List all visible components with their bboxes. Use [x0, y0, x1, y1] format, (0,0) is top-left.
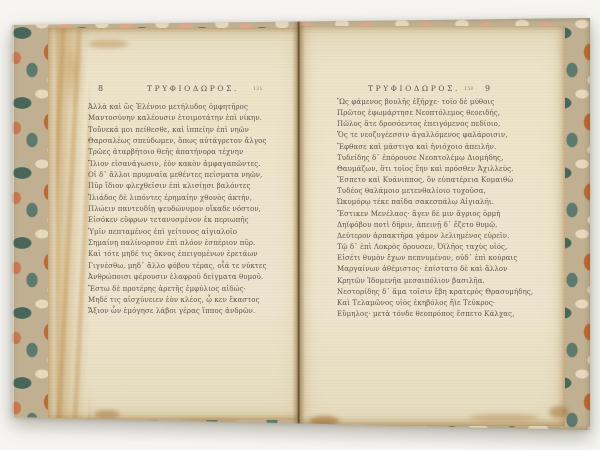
right-page-header: ΤΡΥΦΙΟΔΩΡΟΣ. 150 9 — [299, 84, 565, 96]
gutter-shadow — [292, 18, 305, 430]
poem-line: Καὶ Τελαμῶνος υἱὸς ἑκηβόλος ἤϊε Τεῦκρος· — [337, 298, 549, 309]
poem-line: Γιγνέσθω, μηδ᾽ ἄλλο φόβου τέρας, οἷά τε … — [88, 261, 296, 272]
poem-line: Ἕσπετο καὶ Κυάνιππος, ὃν εὐπατέρεια Κομα… — [337, 175, 549, 186]
poem-line: Οἱ δ᾽ ἄλλοι πρυμναῖα μεθέντες πείσματα ν… — [88, 170, 296, 181]
foxing-stain — [549, 406, 569, 418]
poem-line: Μηδέ τις αἰσχύνειεν ἑὸν κλέος, ᾧ κεν ἕκα… — [88, 295, 296, 306]
right-margin-line-number: 150 — [464, 86, 474, 92]
poem-line: Νεστορίδης δ᾽ ἅμα τοῖσιν ἔβη κρατερὸς Θρ… — [337, 287, 549, 298]
poem-line: Ὠκυμόρῳ τέκε παῖδα σακεσπάλῳ Αἰγιαλῆι. — [337, 197, 549, 208]
photo-background: 8 ΤΡΥΦΙΟΔΩΡΟΣ. 131 Ἀλλὰ καὶ ὣς Ἑλένοιο μ… — [0, 0, 600, 450]
poem-line: Ἴλιον εἰσανάγωσιν, ἑὸν κακὸν ἀμφαγαπῶντε… — [88, 159, 296, 170]
poem-line: Καὶ τότε μηδέ τις ὄκνος ἐπειγομένων ἐρετ… — [88, 249, 296, 260]
poem-line: Τυδέος θαλάμοιο μετενθαλίοιο τυχοῦσα, — [337, 186, 549, 197]
poem-line: Κρητῶν Ἰδομενῆα μεσαιπόλιον βασιλῆα. — [337, 276, 549, 287]
poem-line: Δεύτερον ἁρπακτῆρα γάμον λελιημένος εὑρε… — [337, 231, 549, 242]
poem-line: Μαργαίνων ἀθέμιστος· ἐπίστατο δὲ καὶ ἄλλ… — [337, 264, 549, 275]
poem-line: Δηϊφόβου ποτὶ δῆριν, ἀπεινῇ δ᾽ ἔζετο θυμ… — [337, 220, 549, 231]
right-page-number: 9 — [485, 84, 490, 93]
poem-line: Ἀλλὰ καὶ ὣς Ἑλένοιο μετήλυδος ὀμφητῆρος — [88, 102, 296, 113]
poem-line: Εἰσέτι θυμὸν ἔχων πεπνυμένον, οὐδ᾽ ἐπὶ κ… — [337, 253, 549, 264]
poem-line: Ἔφθασε καὶ μάστιγα καὶ ἡνιόχοιο ἀπειλήν. — [337, 142, 549, 153]
poem-line: Εἰσόκεν εὔφρων τετανυσμένον ἐκ περιωπῆς — [88, 215, 296, 226]
left-poem-text-block: Ἀλλὰ καὶ ὣς Ἑλένοιο μετήλυδος ὀμφητῆροςΜ… — [88, 102, 296, 318]
poem-line: Πῶλος ἅτε δροσόεντος ἐπειγόμενος πεδίοιο… — [337, 119, 549, 130]
poem-line: Σημαίνῃ παλίνορσον ἐπὶ πλόον ἑσπέριον πῦ… — [88, 238, 296, 249]
poem-line: Θαυμάζων, ὅτι τοῖος ἔην καὶ πρόσθεν Ἀχιλ… — [337, 164, 549, 175]
foxing-stain — [469, 414, 539, 421]
foxing-stain — [94, 410, 120, 418]
poem-line: Μαντοσύνην καλέουσιν ἑτοιμοτάτην ἐπὶ νίκ… — [88, 113, 296, 124]
poem-line: Ὣς φάμενος βουλῆς ἐξῆρχε· τοῖο δὲ μύθοις — [337, 97, 549, 108]
poem-line: Πρῶτος ἐφωμάρτησε Νεοπτόλεμος θεοειδής, — [337, 108, 549, 119]
poem-line: Τῷ δ᾽ ἐπὶ Λοκρὸς ὄρουσεν, Ὀϊλῆος ταχὺς υ… — [337, 242, 549, 253]
poem-line: Ἔστικεν Μενέλαος· ἄγεν δέ μιν ἄγριος ὁρμ… — [337, 209, 549, 220]
poem-line: Ἄξιον ὧν ἐμόγησε λάβοι γέρας ἵππος ἀνδρῶ… — [88, 306, 296, 317]
right-poem-text-block: Ὣς φάμενος βουλῆς ἐξῆρχε· τοῖο δὲ μύθοις… — [337, 97, 549, 320]
left-page-header: 8 ΤΡΥΦΙΟΔΩΡΟΣ. 131 — [48, 84, 300, 96]
right-page: ΤΡΥΦΙΟΔΩΡΟΣ. 150 9 Ὣς φάμενος βουλῆς ἐξῆ… — [299, 26, 565, 426]
foxing-stain — [309, 416, 339, 426]
poem-line: Τοὔνεκά μοι πείθεσθε, καὶ ἱππείην ἐπὶ νη… — [88, 125, 296, 136]
foxing-stain — [88, 40, 128, 48]
poem-line: Ὑμῖν πεπταμένος ἐπὶ γείτονος αἰγιαλοῖο — [88, 227, 296, 238]
poem-line: Ὅς τε νεοζυγέεσσιν ἀγαλλόμενος φαλάροισι… — [337, 130, 549, 141]
poem-line: Εὔμηλος· μετὰ τόνδε θεοπρόπος ἕσπετο Κάλ… — [337, 309, 549, 320]
poem-line: Ἰλιάδος δὲ λιπόντες ἐρημαίην χθονὸς ἀκτή… — [88, 193, 296, 204]
marbled-cover-edge: 8 ΤΡΥΦΙΟΔΩΡΟΣ. 131 Ἀλλὰ καὶ ὣς Ἑλένοιο μ… — [12, 18, 590, 430]
poem-line: Πῦρ ἴδιον φλεχθεῖσιν ἐπὶ κλισίῃσι βαλόντ… — [88, 181, 296, 192]
poem-line: Ἀνθρώποισι φέρουσιν ἐλαφροῦ δείγματα θυμ… — [88, 272, 296, 283]
foxing-stain — [178, 420, 238, 426]
poem-line: Τρῶες ἀταρβήτοιο θεῆς ἀπατήνορα τέχνην — [88, 147, 296, 158]
left-page: 8 ΤΡΥΦΙΟΔΩΡΟΣ. 131 Ἀλλὰ καὶ ὣς Ἑλένοιο μ… — [48, 28, 300, 420]
poem-line: Ἔστω δὲ προτέρης ἀρετῆς ἐμφύλιος αἰδώς· — [88, 284, 296, 295]
poem-line: Πλώειν παντευδίῃ ψευδώνυμον οἴκαδε νόστο… — [88, 204, 296, 215]
poem-line: Θαρσαλέως σπεύδωμεν, ὅπως αὐτάγρετον ἄλγ… — [88, 136, 296, 147]
book: 8 ΤΡΥΦΙΟΔΩΡΟΣ. 131 Ἀλλὰ καὶ ὣς Ἑλένοιο μ… — [12, 18, 590, 430]
left-margin-line-number: 131 — [253, 86, 263, 92]
poem-line: Τυδείδης δ᾽ ἐπόρουσε Νεοπτολέμῳ Διομήδης… — [337, 153, 549, 164]
